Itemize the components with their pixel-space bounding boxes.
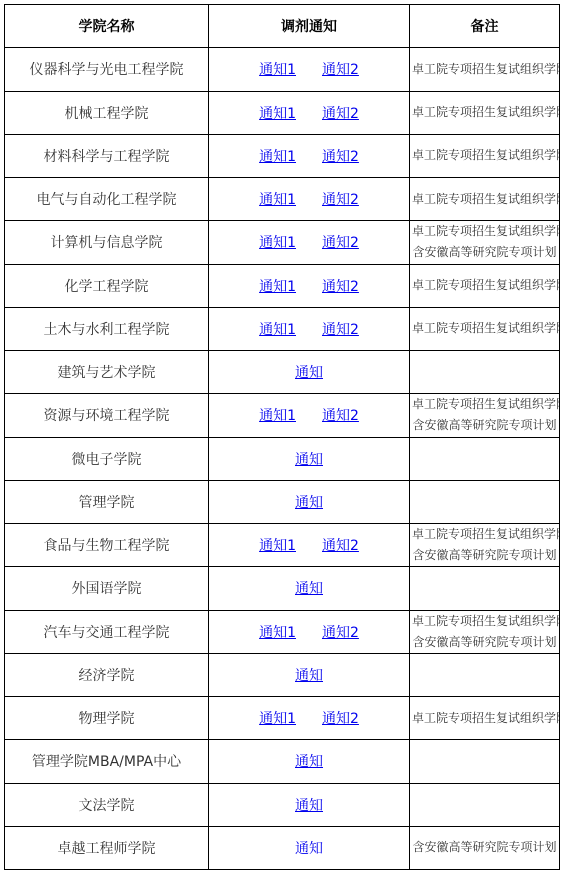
notice-cell: 通知1通知2 <box>209 134 410 177</box>
college-name: 管理学院 <box>5 480 209 523</box>
notice-cell: 通知1通知2 <box>209 221 410 264</box>
remark-cell <box>410 783 560 826</box>
notice-link[interactable]: 通知2 <box>322 62 359 78</box>
table-row: 计算机与信息学院通知1通知2卓工院专项招生复试组织学院含安徽高等研究院专项计划 <box>5 221 560 264</box>
college-name: 机械工程学院 <box>5 91 209 134</box>
notice-cell: 通知1通知2 <box>209 610 410 653</box>
notice-cell: 通知1通知2 <box>209 697 410 740</box>
college-name: 仪器科学与光电工程学院 <box>5 48 209 91</box>
college-name: 外国语学院 <box>5 567 209 610</box>
table-row: 食品与生物工程学院通知1通知2卓工院专项招生复试组织学院含安徽高等研究院专项计划 <box>5 524 560 567</box>
table-row: 外国语学院通知 <box>5 567 560 610</box>
notice-link[interactable]: 通知1 <box>259 192 296 208</box>
remark-cell: 卓工院专项招生复试组织学院含安徽高等研究院专项计划 <box>410 221 560 264</box>
remark-cell: 含安徽高等研究院专项计划 <box>410 826 560 869</box>
remark-cell <box>410 437 560 480</box>
college-name: 计算机与信息学院 <box>5 221 209 264</box>
notice-link[interactable]: 通知 <box>295 452 323 468</box>
remark-line: 卓工院专项招生复试组织学院 <box>412 318 557 339</box>
notice-link[interactable]: 通知 <box>295 798 323 814</box>
table-row: 微电子学院通知 <box>5 437 560 480</box>
notice-link[interactable]: 通知 <box>295 581 323 597</box>
remark-cell <box>410 567 560 610</box>
college-name: 材料科学与工程学院 <box>5 134 209 177</box>
college-name: 食品与生物工程学院 <box>5 524 209 567</box>
table-row: 管理学院通知 <box>5 480 560 523</box>
remark-cell: 卓工院专项招生复试组织学院 <box>410 178 560 221</box>
table-row: 土木与水利工程学院通知1通知2卓工院专项招生复试组织学院 <box>5 307 560 350</box>
notice-link[interactable]: 通知1 <box>259 235 296 251</box>
remark-cell: 卓工院专项招生复试组织学院 <box>410 697 560 740</box>
college-name: 土木与水利工程学院 <box>5 307 209 350</box>
college-name: 汽车与交通工程学院 <box>5 610 209 653</box>
notice-cell: 通知 <box>209 567 410 610</box>
notice-link[interactable]: 通知 <box>295 365 323 381</box>
notice-link[interactable]: 通知1 <box>259 408 296 424</box>
remark-line: 含安徽高等研究院专项计划 <box>412 632 557 653</box>
remark-cell: 卓工院专项招生复试组织学院含安徽高等研究院专项计划 <box>410 610 560 653</box>
college-name: 管理学院MBA/MPA中心 <box>5 740 209 783</box>
table-row: 电气与自动化工程学院通知1通知2卓工院专项招生复试组织学院 <box>5 178 560 221</box>
notice-cell: 通知 <box>209 351 410 394</box>
notice-link[interactable]: 通知1 <box>259 322 296 338</box>
notice-link[interactable]: 通知1 <box>259 711 296 727</box>
college-name: 卓越工程师学院 <box>5 826 209 869</box>
remark-line: 卓工院专项招生复试组织学院 <box>412 394 557 415</box>
table-row: 文法学院通知 <box>5 783 560 826</box>
notice-link[interactable]: 通知 <box>295 495 323 511</box>
notice-cell: 通知1通知2 <box>209 48 410 91</box>
table-row: 汽车与交通工程学院通知1通知2卓工院专项招生复试组织学院含安徽高等研究院专项计划 <box>5 610 560 653</box>
table-row: 材料科学与工程学院通知1通知2卓工院专项招生复试组织学院 <box>5 134 560 177</box>
table-row: 经济学院通知 <box>5 653 560 696</box>
page: 学院名称调剂通知备注 仪器科学与光电工程学院通知1通知2卓工院专项招生复试组织学… <box>0 0 563 893</box>
notice-link[interactable]: 通知2 <box>322 192 359 208</box>
notice-cell: 通知1通知2 <box>209 307 410 350</box>
table-row: 卓越工程师学院通知含安徽高等研究院专项计划 <box>5 826 560 869</box>
header-row: 学院名称调剂通知备注 <box>5 5 560 48</box>
column-header-2: 备注 <box>410 5 560 48</box>
notice-link[interactable]: 通知2 <box>322 279 359 295</box>
column-header-0: 学院名称 <box>5 5 209 48</box>
remark-cell <box>410 480 560 523</box>
remark-line: 卓工院专项招生复试组织学院 <box>412 221 557 242</box>
notice-link[interactable]: 通知 <box>295 754 323 770</box>
notice-cell: 通知 <box>209 740 410 783</box>
notice-cell: 通知1通知2 <box>209 178 410 221</box>
college-name: 文法学院 <box>5 783 209 826</box>
remark-cell: 卓工院专项招生复试组织学院 <box>410 264 560 307</box>
remark-cell: 卓工院专项招生复试组织学院含安徽高等研究院专项计划 <box>410 524 560 567</box>
remark-line: 卓工院专项招生复试组织学院 <box>412 59 557 80</box>
table-row: 管理学院MBA/MPA中心通知 <box>5 740 560 783</box>
column-header-1: 调剂通知 <box>209 5 410 48</box>
notice-link[interactable]: 通知1 <box>259 106 296 122</box>
table-row: 化学工程学院通知1通知2卓工院专项招生复试组织学院 <box>5 264 560 307</box>
notice-link[interactable]: 通知2 <box>322 625 359 641</box>
notice-cell: 通知1通知2 <box>209 394 410 437</box>
notice-link[interactable]: 通知1 <box>259 149 296 165</box>
remark-cell <box>410 740 560 783</box>
notice-link[interactable]: 通知2 <box>322 322 359 338</box>
remark-cell <box>410 351 560 394</box>
table-row: 资源与环境工程学院通知1通知2卓工院专项招生复试组织学院含安徽高等研究院专项计划 <box>5 394 560 437</box>
notice-link[interactable]: 通知1 <box>259 279 296 295</box>
notice-link[interactable]: 通知1 <box>259 625 296 641</box>
notice-link[interactable]: 通知 <box>295 841 323 857</box>
table-row: 建筑与艺术学院通知 <box>5 351 560 394</box>
remark-cell: 卓工院专项招生复试组织学院 <box>410 307 560 350</box>
remark-cell: 卓工院专项招生复试组织学院 <box>410 91 560 134</box>
college-name: 经济学院 <box>5 653 209 696</box>
notice-cell: 通知1通知2 <box>209 524 410 567</box>
remark-line: 卓工院专项招生复试组织学院 <box>412 189 557 210</box>
remark-cell: 卓工院专项招生复试组织学院 <box>410 48 560 91</box>
college-name: 微电子学院 <box>5 437 209 480</box>
notice-cell: 通知1通知2 <box>209 264 410 307</box>
remark-line: 含安徽高等研究院专项计划 <box>412 415 557 436</box>
transfer-notice-table: 学院名称调剂通知备注 仪器科学与光电工程学院通知1通知2卓工院专项招生复试组织学… <box>4 4 560 870</box>
remark-line: 含安徽高等研究院专项计划 <box>412 837 557 858</box>
notice-cell: 通知 <box>209 783 410 826</box>
notice-link[interactable]: 通知2 <box>322 538 359 554</box>
college-name: 化学工程学院 <box>5 264 209 307</box>
notice-link[interactable]: 通知1 <box>259 62 296 78</box>
remark-line: 卓工院专项招生复试组织学院 <box>412 275 557 296</box>
remark-line: 卓工院专项招生复试组织学院 <box>412 524 557 545</box>
remark-cell: 卓工院专项招生复试组织学院 <box>410 134 560 177</box>
table-body: 仪器科学与光电工程学院通知1通知2卓工院专项招生复试组织学院机械工程学院通知1通… <box>5 48 560 870</box>
remark-line: 卓工院专项招生复试组织学院 <box>412 611 557 632</box>
remark-line: 卓工院专项招生复试组织学院 <box>412 145 557 166</box>
notice-link[interactable]: 通知2 <box>322 408 359 424</box>
remark-cell: 卓工院专项招生复试组织学院含安徽高等研究院专项计划 <box>410 394 560 437</box>
college-name: 建筑与艺术学院 <box>5 351 209 394</box>
notice-cell: 通知 <box>209 653 410 696</box>
notice-link[interactable]: 通知 <box>295 668 323 684</box>
notice-link[interactable]: 通知2 <box>322 711 359 727</box>
table-row: 仪器科学与光电工程学院通知1通知2卓工院专项招生复试组织学院 <box>5 48 560 91</box>
remark-cell <box>410 653 560 696</box>
remark-line: 含安徽高等研究院专项计划 <box>412 242 557 263</box>
notice-cell: 通知1通知2 <box>209 91 410 134</box>
college-name: 电气与自动化工程学院 <box>5 178 209 221</box>
table-row: 机械工程学院通知1通知2卓工院专项招生复试组织学院 <box>5 91 560 134</box>
notice-cell: 通知 <box>209 437 410 480</box>
college-name: 资源与环境工程学院 <box>5 394 209 437</box>
notice-cell: 通知 <box>209 826 410 869</box>
remark-line: 含安徽高等研究院专项计划 <box>412 545 557 566</box>
remark-line: 卓工院专项招生复试组织学院 <box>412 708 557 729</box>
notice-link[interactable]: 通知2 <box>322 235 359 251</box>
remark-line: 卓工院专项招生复试组织学院 <box>412 102 557 123</box>
notice-link[interactable]: 通知1 <box>259 538 296 554</box>
college-name: 物理学院 <box>5 697 209 740</box>
notice-link[interactable]: 通知2 <box>322 149 359 165</box>
notice-cell: 通知 <box>209 480 410 523</box>
table-row: 物理学院通知1通知2卓工院专项招生复试组织学院 <box>5 697 560 740</box>
notice-link[interactable]: 通知2 <box>322 106 359 122</box>
